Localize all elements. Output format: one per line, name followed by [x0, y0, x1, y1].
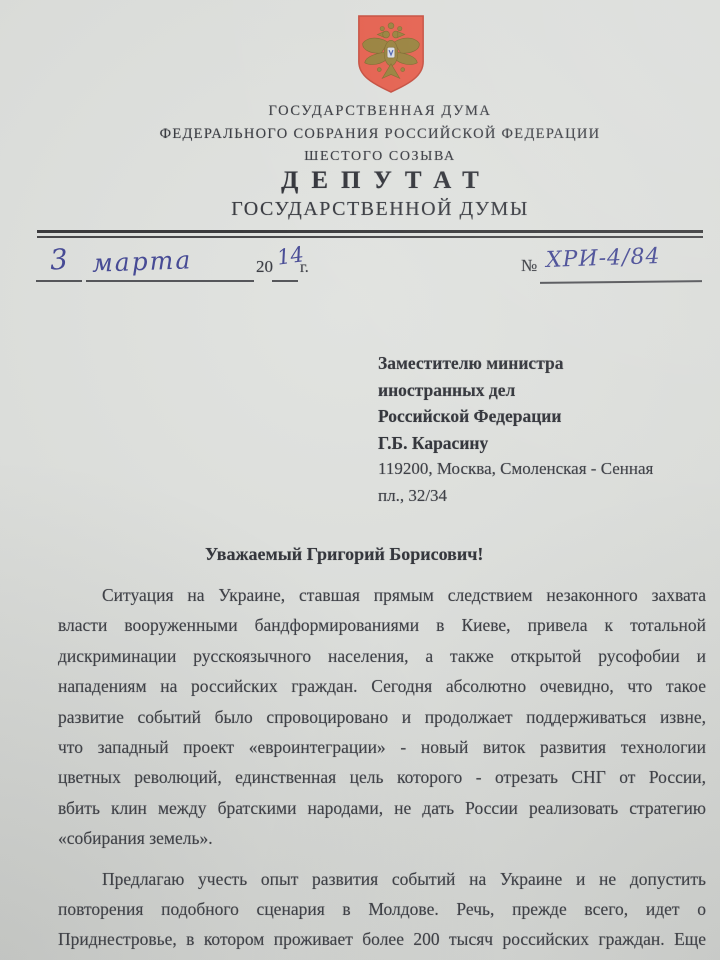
paragraph-line: Приднестровье, в котором проживает более…: [58, 924, 706, 954]
handwritten-doc-number: ХРИ-4/84: [546, 244, 661, 273]
addressee-line: Российской Федерации: [378, 403, 564, 430]
addressee-address-line: пл., 32/34: [378, 482, 653, 509]
paragraph-line: вбить клин между братскими народами, не …: [58, 793, 706, 823]
number-sign: №: [521, 256, 537, 276]
printed-year-unit: г.: [300, 259, 309, 277]
deputy-title: ДЕПУТАТ: [40, 167, 720, 195]
day-underline: [36, 280, 82, 282]
addressee-line: Заместителю министра: [378, 350, 564, 377]
addressee-block: Заместителю министра иностранных дел Рос…: [378, 350, 564, 456]
month-underline: [86, 280, 254, 282]
org-line-federal-assembly: ФЕДЕРАЛЬНОГО СОБРАНИЯ РОССИЙСКОЙ ФЕДЕРАЦ…: [40, 126, 720, 143]
paragraph-line: власти вооруженными бандформированиями в…: [58, 610, 706, 640]
org-line-convocation: ШЕСТОГО СОЗЫВА: [40, 149, 720, 165]
handwritten-month: марта: [92, 245, 193, 277]
salutation: Уважаемый Григорий Борисович!: [205, 544, 483, 565]
paragraph-line: повторения подобного сценария в Молдове.…: [58, 894, 706, 924]
addressee-address-block: 119200, Москва, Смоленская - Сенная пл.,…: [378, 455, 653, 509]
number-underline: [540, 280, 702, 284]
letter-body: Ситуация на Украине, ставшая прямым след…: [58, 580, 706, 955]
paragraph-line: Ситуация на Украине, ставшая прямым след…: [58, 580, 706, 610]
paragraph-line: что западный проект «евроинтеграции» - н…: [58, 732, 706, 762]
russia-coat-of-arms-icon: [352, 13, 430, 95]
scanned-letter-page: ГОСУДАРСТВЕННАЯ ДУМА ФЕДЕРАЛЬНОГО СОБРАН…: [0, 0, 720, 960]
paragraph-line: «собирания земель».: [58, 823, 706, 853]
paragraph-line: дискриминации русскоязычного населения, …: [58, 641, 706, 671]
printed-year-prefix: 20: [256, 257, 273, 277]
paragraph: Ситуация на Украине, ставшая прямым след…: [58, 580, 706, 854]
org-line-duma: ГОСУДАРСТВЕННАЯ ДУМА: [40, 103, 720, 120]
handwritten-day: 3: [49, 242, 69, 276]
addressee-line: иностранных дел: [378, 377, 564, 404]
deputy-subtitle: ГОСУДАРСТВЕННОЙ ДУМЫ: [40, 198, 720, 221]
addressee-address-line: 119200, Москва, Смоленская - Сенная: [378, 455, 653, 482]
letterhead-divider: [37, 230, 703, 238]
paragraph-line: развитие событий было спровоцировано и п…: [58, 702, 706, 732]
year-underline: [272, 280, 298, 282]
letterhead-org-block: ГОСУДАРСТВЕННАЯ ДУМА ФЕДЕРАЛЬНОГО СОБРАН…: [40, 103, 720, 165]
paragraph-line: Предлагаю учесть опыт развития событий н…: [58, 864, 706, 894]
paragraph: Предлагаю учесть опыт развития событий н…: [58, 864, 706, 955]
addressee-line: Г.Б. Карасину: [378, 430, 564, 457]
paragraph-line: нападениям на российских граждан. Сегодн…: [58, 671, 706, 701]
paragraph-line: цветных революций, единственная цель кот…: [58, 762, 706, 792]
